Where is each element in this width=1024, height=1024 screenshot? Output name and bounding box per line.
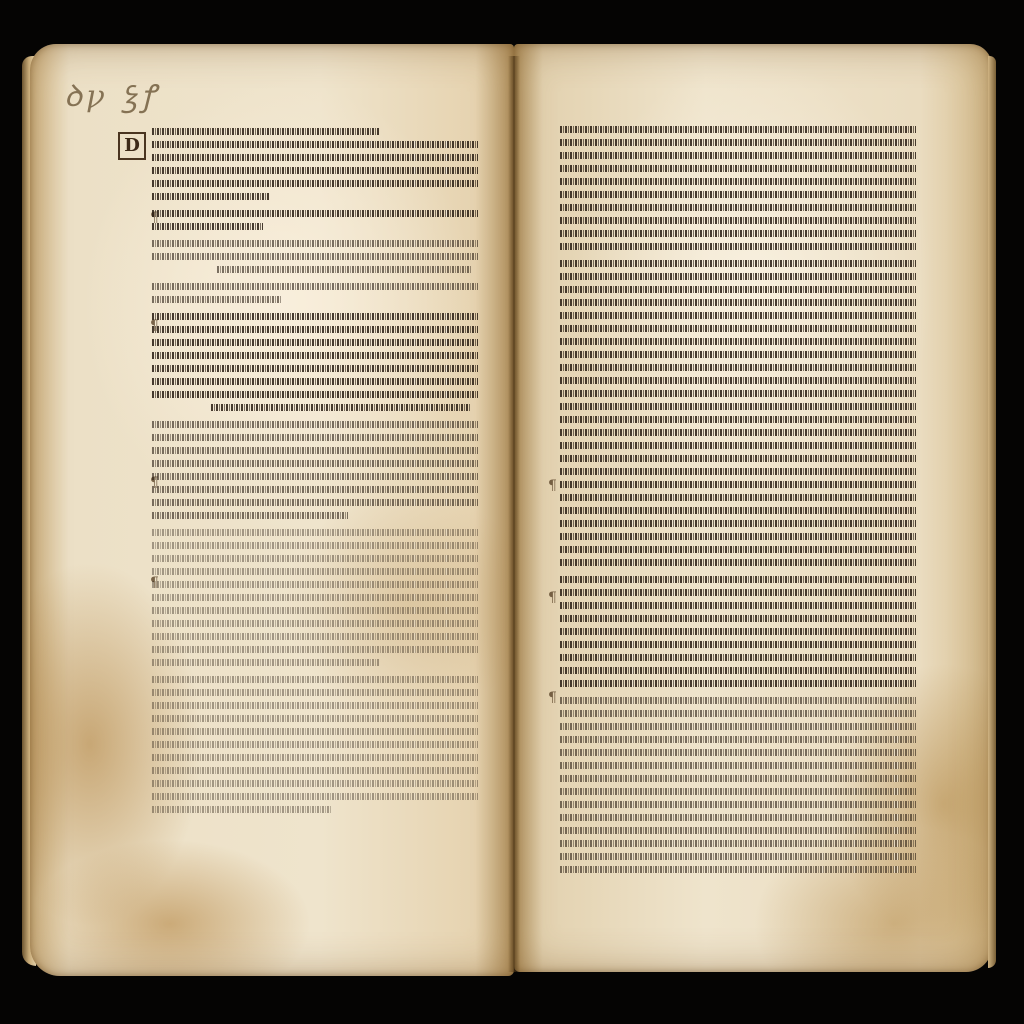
text-paragraph xyxy=(152,240,478,273)
text-paragraph xyxy=(152,283,478,303)
paragraph-mark: ¶ xyxy=(548,590,557,606)
text-paragraph xyxy=(152,210,478,230)
marginalia-scribble: ꝺꝩ ꝣꝭ xyxy=(64,74,159,115)
book-gutter xyxy=(508,56,520,972)
text-paragraph xyxy=(560,126,916,250)
text-paragraph xyxy=(560,260,916,566)
paragraph-mark: ¶ xyxy=(548,690,557,706)
paragraph-mark: ¶ xyxy=(548,478,557,494)
text-paragraph xyxy=(152,313,478,411)
text-paragraph xyxy=(560,697,916,873)
text-paragraph xyxy=(152,128,478,200)
right-page-edge xyxy=(988,56,996,968)
right-page-text xyxy=(560,126,916,883)
text-paragraph xyxy=(560,576,916,687)
text-paragraph xyxy=(152,676,478,813)
left-page-text xyxy=(152,128,478,823)
text-paragraph xyxy=(152,421,478,519)
text-paragraph xyxy=(152,529,478,666)
decorated-initial: D xyxy=(118,132,146,160)
